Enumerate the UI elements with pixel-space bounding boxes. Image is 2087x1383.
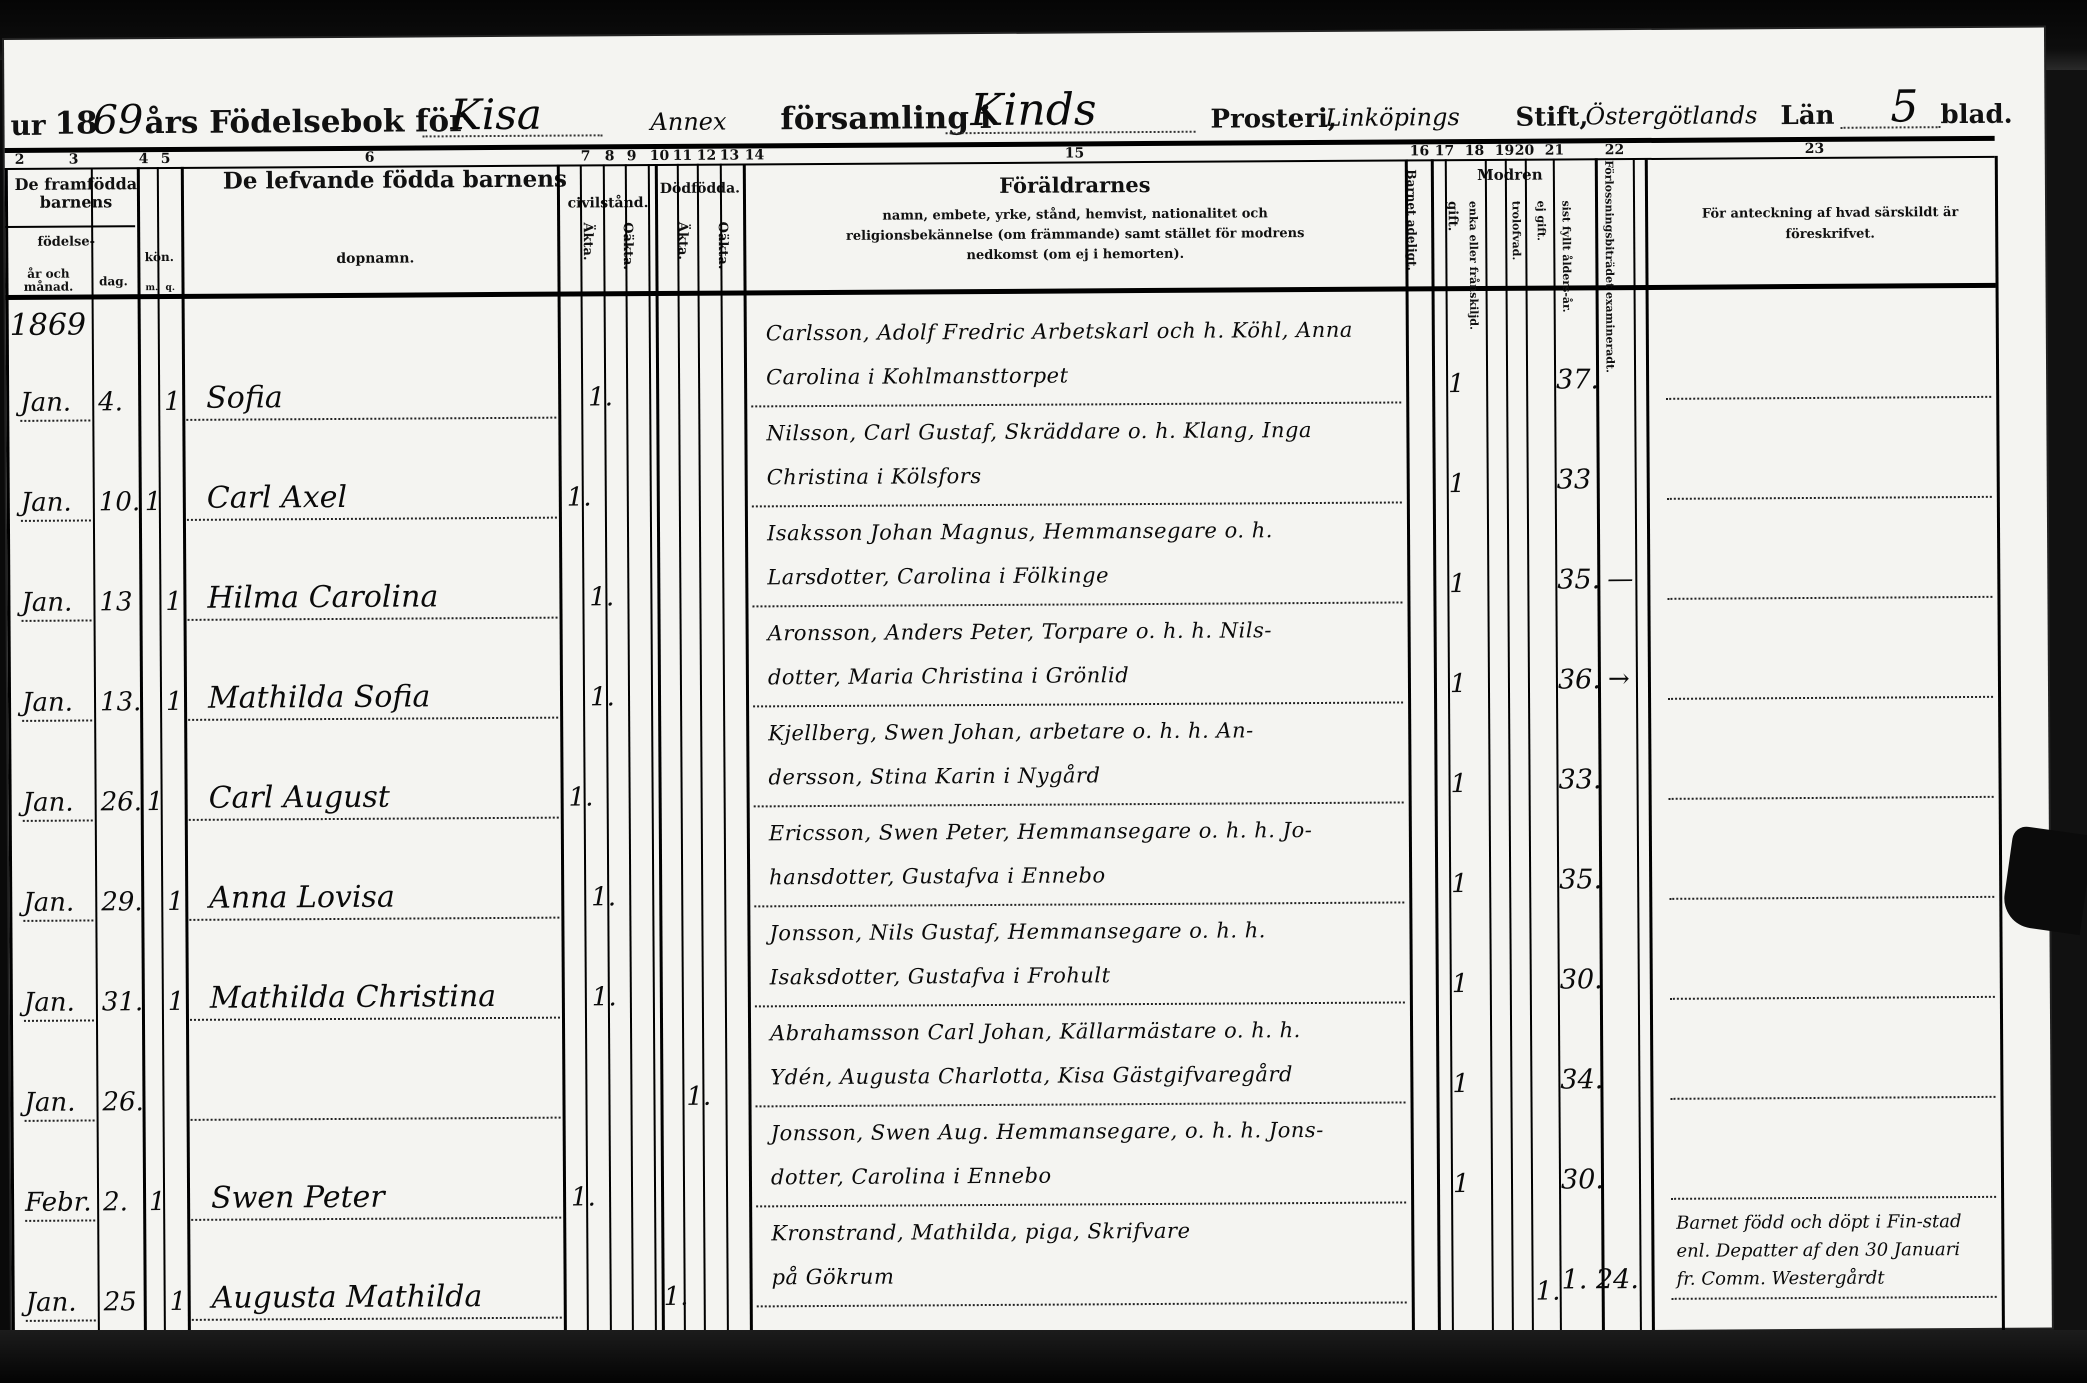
entry-sex-m: 1 (145, 487, 162, 517)
entry-day: 2. (103, 1187, 128, 1217)
entry-mother-unmarried: 1. (1536, 1277, 1561, 1307)
annex-name: Annex (650, 108, 726, 136)
entry-month: Jan. (20, 388, 71, 418)
row-dotted-line (23, 819, 93, 821)
row-dotted-line (1670, 996, 1995, 1000)
entry-parents-line: Kronstrand, Mathilda, piga, Skrifvare (771, 1219, 1190, 1246)
grid-line (697, 164, 706, 1344)
row-dotted-line (24, 1019, 94, 1021)
page-number: 5 (1890, 81, 1918, 132)
row-dotted-line (26, 1319, 96, 1321)
column-number: 18 (1465, 143, 1485, 159)
scan-border-bottom (0, 1330, 2087, 1383)
rule (5, 225, 135, 228)
entry-mother-age: 33 (1557, 464, 1592, 495)
column-number: 11 (673, 148, 693, 164)
header-dodfodda: Dödfödda. (655, 181, 745, 197)
row-dotted-line (21, 519, 91, 521)
row-dotted-line (754, 801, 1404, 807)
column-number: 6 (365, 150, 375, 166)
entry-parents-line: Larsdotter, Carolina i Fölkinge (767, 563, 1109, 589)
entry-mother-age: 36. (1558, 664, 1601, 695)
header-ar-manad: år och månad. (9, 267, 87, 294)
row-dotted-line (1666, 396, 1991, 400)
grid-line (1645, 158, 1655, 1338)
entry-parents-line: Carolina i Kohlmansttorpet (766, 364, 1069, 390)
row-dotted-line (752, 601, 1402, 607)
grid-line (181, 167, 191, 1347)
lan-label: Län (1780, 101, 1834, 131)
grid-line (655, 164, 665, 1344)
column-number: 14 (745, 147, 765, 163)
grid-line (603, 164, 612, 1344)
row-dotted-line (1668, 696, 1993, 700)
title-prefix: ur (10, 109, 45, 142)
entry-baptismal-name: Sofia (206, 380, 283, 415)
row-dotted-line (1670, 1096, 1995, 1100)
entry-legitimacy-mark: 1. (567, 482, 592, 512)
row-dotted-line (1669, 796, 1994, 800)
column-number: 20 (1515, 143, 1535, 159)
entry-sex-m: 1 (147, 787, 164, 817)
grid-line (1445, 159, 1454, 1339)
grid-line (1505, 159, 1514, 1339)
row-dotted-line (186, 417, 556, 421)
entry-parents-line: dotter, Carolina i Ennebo (771, 1164, 1052, 1190)
row-dotted-line (189, 817, 559, 821)
column-number: 19 (1495, 143, 1515, 159)
entry-month: Jan. (23, 888, 74, 918)
header-enka: enka eller frånskiljd. (1467, 201, 1479, 330)
entry-mother-age: 35. (1557, 564, 1600, 595)
column-number: 13 (720, 148, 740, 164)
entry-midwife: — (1607, 564, 1633, 594)
column-number: 23 (1805, 141, 1825, 157)
entry-parents-line: hansdotter, Gustafva i Ennebo (769, 863, 1106, 889)
entry-month: Jan. (24, 988, 75, 1018)
row-dotted-line (753, 701, 1403, 707)
grid-line (1995, 156, 2005, 1336)
entry-legitimacy-mark: 1. (588, 382, 613, 412)
header-modren: Modren (1435, 166, 1585, 183)
row-dotted-line (188, 717, 558, 721)
entry-legitimacy-mark: 1. (590, 682, 615, 712)
row-dotted-line (757, 1301, 1407, 1307)
row-dotted-line (190, 1017, 560, 1021)
header-trolofvad: trolofvad. (1510, 201, 1522, 261)
column-number: 5 (161, 151, 171, 167)
header-anteckning: För anteckning af hvad särskildt är före… (1685, 203, 1975, 246)
entry-day: 10. (99, 487, 141, 517)
entry-parents-line: dotter, Maria Christina i Grönlid (768, 663, 1129, 689)
entry-baptismal-name: Carl August (209, 780, 390, 816)
entry-parents-line: Jonsson, Nils Gustaf, Hemmansegare o. h.… (769, 918, 1266, 945)
row-dotted-line (1671, 1196, 1996, 1200)
diocese-name: Linköpings (1325, 103, 1459, 132)
grid-line (91, 167, 100, 1347)
title-year-printed: 18 (54, 105, 97, 141)
entry-midwife: → (1608, 664, 1630, 694)
entry-sex-q: 1 (165, 587, 182, 617)
header-ej-gift: ej gift. (1535, 201, 1547, 241)
title-book-label: års Födelsebok för (144, 103, 465, 141)
row-dotted-line (754, 901, 1404, 907)
entry-legitimacy-mark: 1. (664, 1282, 689, 1312)
grid-line (625, 164, 634, 1344)
prosteri-label: Prosteri, (1210, 104, 1337, 135)
parish-name: Kisa (450, 90, 542, 140)
entry-day: 25 (104, 1287, 137, 1317)
entry-mother-age: 34. (1560, 1064, 1603, 1095)
header-dag: dag. (93, 275, 133, 288)
entry-mother-married: 1 (1449, 569, 1466, 599)
entry-mother-married: 1 (1448, 369, 1465, 399)
entry-mother-married: 1 (1452, 969, 1469, 999)
entry-baptismal-name: Mathilda Sofia (208, 679, 431, 715)
entry-note: Barnet född och döpt i Fin-stad enl. Dep… (1676, 1208, 1977, 1294)
column-number: 15 (1065, 145, 1085, 161)
entry-sex-q: 1 (164, 387, 181, 417)
row-dotted-line (756, 1201, 1406, 1207)
column-number: 21 (1545, 142, 1565, 158)
entry-parents-line: Isaksson Johan Magnus, Hemmansegare o. h… (767, 518, 1273, 545)
grid-line (720, 164, 729, 1344)
row-dotted-line (22, 619, 92, 621)
grid-line (557, 165, 567, 1345)
entry-mother-married: 1 (1452, 1069, 1469, 1099)
entry-sex-q: 1 (166, 687, 183, 717)
row-dotted-line (751, 401, 1401, 407)
entry-baptismal-name: Swen Peter (211, 1180, 385, 1216)
entry-month: Jan. (22, 688, 73, 718)
entry-parents-line: Ydén, Augusta Charlotta, Kisa Gästgifvar… (770, 1062, 1293, 1089)
row-dotted-line (1667, 596, 1992, 600)
entry-parents-line: Carlsson, Adolf Fredric Arbetskarl och h… (766, 318, 1353, 346)
entry-mother-age: 35. (1559, 864, 1602, 895)
entry-sex-q: 1 (170, 1287, 187, 1317)
entry-mother-age: 37. (1556, 364, 1599, 395)
row-dotted-line (752, 501, 1402, 507)
row-dotted-line (191, 1117, 561, 1121)
row-dotted-line (20, 419, 90, 421)
entry-day: 4. (98, 387, 123, 417)
column-number: 2 (15, 152, 25, 168)
column-number: 17 (1435, 143, 1455, 159)
entry-parents-line: Kjellberg, Swen Johan, arbetare o. h. h.… (768, 718, 1254, 745)
header-dopnamn: dopnamn. (245, 251, 505, 268)
grid-line (137, 167, 147, 1347)
entry-legitimacy-mark: 1. (571, 1182, 596, 1212)
entry-parents-line: Ericsson, Swen Peter, Hemmansegare o. h.… (769, 818, 1313, 845)
entry-legitimacy-mark: 1. (591, 882, 616, 912)
entry-month: Jan. (23, 788, 74, 818)
entry-day: 13. (100, 687, 142, 717)
entry-mother-married: 1 (1453, 1169, 1470, 1199)
header-bottom-rule (6, 283, 1996, 300)
entry-baptismal-name: Carl Axel (207, 480, 347, 516)
entry-baptismal-name: Anna Lovisa (209, 880, 395, 916)
entry-day: 26. (102, 1087, 144, 1117)
grid-line (743, 163, 753, 1343)
entry-legitimacy-mark: 1. (686, 1082, 711, 1112)
county-name: Östergötlands (1585, 101, 1757, 130)
entry-parents-line: på Gökrum (771, 1265, 894, 1290)
title-year-handwritten: 69 (92, 97, 143, 143)
deanery-name: Kinds (970, 84, 1096, 136)
entry-mother-age: 33. (1558, 764, 1601, 795)
grid-line (1633, 158, 1642, 1338)
grid-line (1485, 159, 1494, 1339)
header-forlossning: Förlossningsbiträdet examineradt. (1603, 160, 1616, 373)
column-number: 12 (697, 148, 717, 164)
row-dotted-line (187, 517, 557, 521)
entry-mother-married: 1 (1449, 469, 1466, 499)
entry-parents-line: Christina i Kölsfors (767, 464, 982, 489)
row-dotted-line (22, 719, 92, 721)
blad-label: blad. (1940, 100, 2012, 130)
entry-month: Jan. (26, 1288, 77, 1318)
grid-line (580, 164, 589, 1344)
entry-legitimacy-mark: 1. (589, 582, 614, 612)
column-number: 16 (1410, 143, 1430, 159)
row-dotted-line (25, 1119, 95, 1121)
header-q: q. (165, 283, 174, 293)
entry-baptismal-name: Mathilda Christina (210, 979, 496, 1016)
entry-day: 31. (102, 987, 144, 1017)
entry-parents-line: Jonsson, Swen Aug. Hemmansegare, o. h. h… (771, 1118, 1324, 1145)
grid-line (1405, 159, 1415, 1339)
column-number: 3 (69, 152, 79, 168)
header-m: m. (145, 283, 158, 293)
column-number: 9 (627, 148, 637, 164)
entry-sex-q: 1 (167, 887, 184, 917)
entry-baptismal-name: Hilma Carolina (207, 579, 438, 615)
row-dotted-line (192, 1317, 562, 1321)
header-alder: sist fyllt ålders-år. (1560, 200, 1572, 312)
row-dotted-line (23, 919, 93, 921)
row-dotted-line (756, 1101, 1406, 1107)
row-dotted-line (188, 617, 558, 621)
grid-line (1431, 159, 1441, 1339)
entry-legitimacy-mark: 1. (592, 982, 617, 1012)
year-marker: 1869 (10, 308, 87, 343)
entry-mother-married: 1 (1451, 869, 1468, 899)
column-number: 7 (581, 148, 591, 164)
row-dotted-line (1667, 496, 1992, 500)
entry-mother-married: 1 (1450, 769, 1467, 799)
header-parents: Föräldrarnes (765, 172, 1385, 199)
header-parents-sub: namn, embete, yrke, stånd, hemvist, nati… (825, 204, 1325, 267)
header-fodelse: födelse- (11, 235, 121, 250)
entry-day: 13 (99, 587, 132, 617)
entry-mother-age: 1. 24. (1562, 1264, 1639, 1295)
entry-month: Jan. (24, 1088, 75, 1118)
entry-sex-m: 1 (149, 1187, 166, 1217)
row-dotted-line (1669, 896, 1994, 900)
row-dotted-line (191, 1217, 561, 1221)
column-number: 8 (605, 148, 615, 164)
header-born: De framfödda barnens (11, 175, 141, 211)
header-living: De lefvande födda barnens (185, 166, 605, 194)
entry-parents-line: Nilsson, Carl Gustaf, Skräddare o. h. Kl… (766, 418, 1312, 445)
entry-day: 29. (101, 887, 143, 917)
entry-day: 26. (101, 787, 143, 817)
row-dotted-line (189, 917, 559, 921)
entry-month: Jan. (21, 488, 72, 518)
entry-parents-line: Abrahamsson Carl Johan, Källarmästare o.… (770, 1018, 1301, 1045)
header-civilstand: civilstånd. (558, 196, 658, 212)
entry-month: Febr. (25, 1187, 92, 1217)
row-dotted-line (1672, 1296, 1997, 1300)
entry-legitimacy-mark: 1. (569, 782, 594, 812)
column-number: 22 (1605, 142, 1625, 158)
entry-parents-line: Aronsson, Anders Peter, Torpare o. h. h.… (768, 618, 1272, 645)
grid-line (1553, 159, 1562, 1339)
entry-parents-line: dersson, Stina Karin i Nygård (768, 763, 1100, 789)
stift-label: Stift, (1515, 102, 1588, 132)
grid-line (677, 164, 686, 1344)
row-dotted-line (25, 1219, 95, 1221)
binder-clip (2000, 825, 2087, 935)
entry-mother-age: 30. (1560, 964, 1603, 995)
entry-parents-line: Isaksdotter, Gustafva i Frohult (770, 963, 1111, 989)
entry-mother-married: 1 (1450, 669, 1467, 699)
grid-line (157, 167, 166, 1347)
entry-month: Jan. (21, 588, 72, 618)
entry-sex-q: 1 (168, 987, 185, 1017)
entry-mother-age: 30. (1561, 1164, 1604, 1195)
row-dotted-line (755, 1001, 1405, 1007)
grid-line (1525, 159, 1534, 1339)
column-number: 4 (139, 151, 149, 167)
entry-baptismal-name: Augusta Mathilda (212, 1279, 483, 1316)
column-number: 10 (650, 148, 670, 164)
register-page: ur 18 69 års Födelsebok för Kisa Annex f… (4, 28, 2052, 1340)
